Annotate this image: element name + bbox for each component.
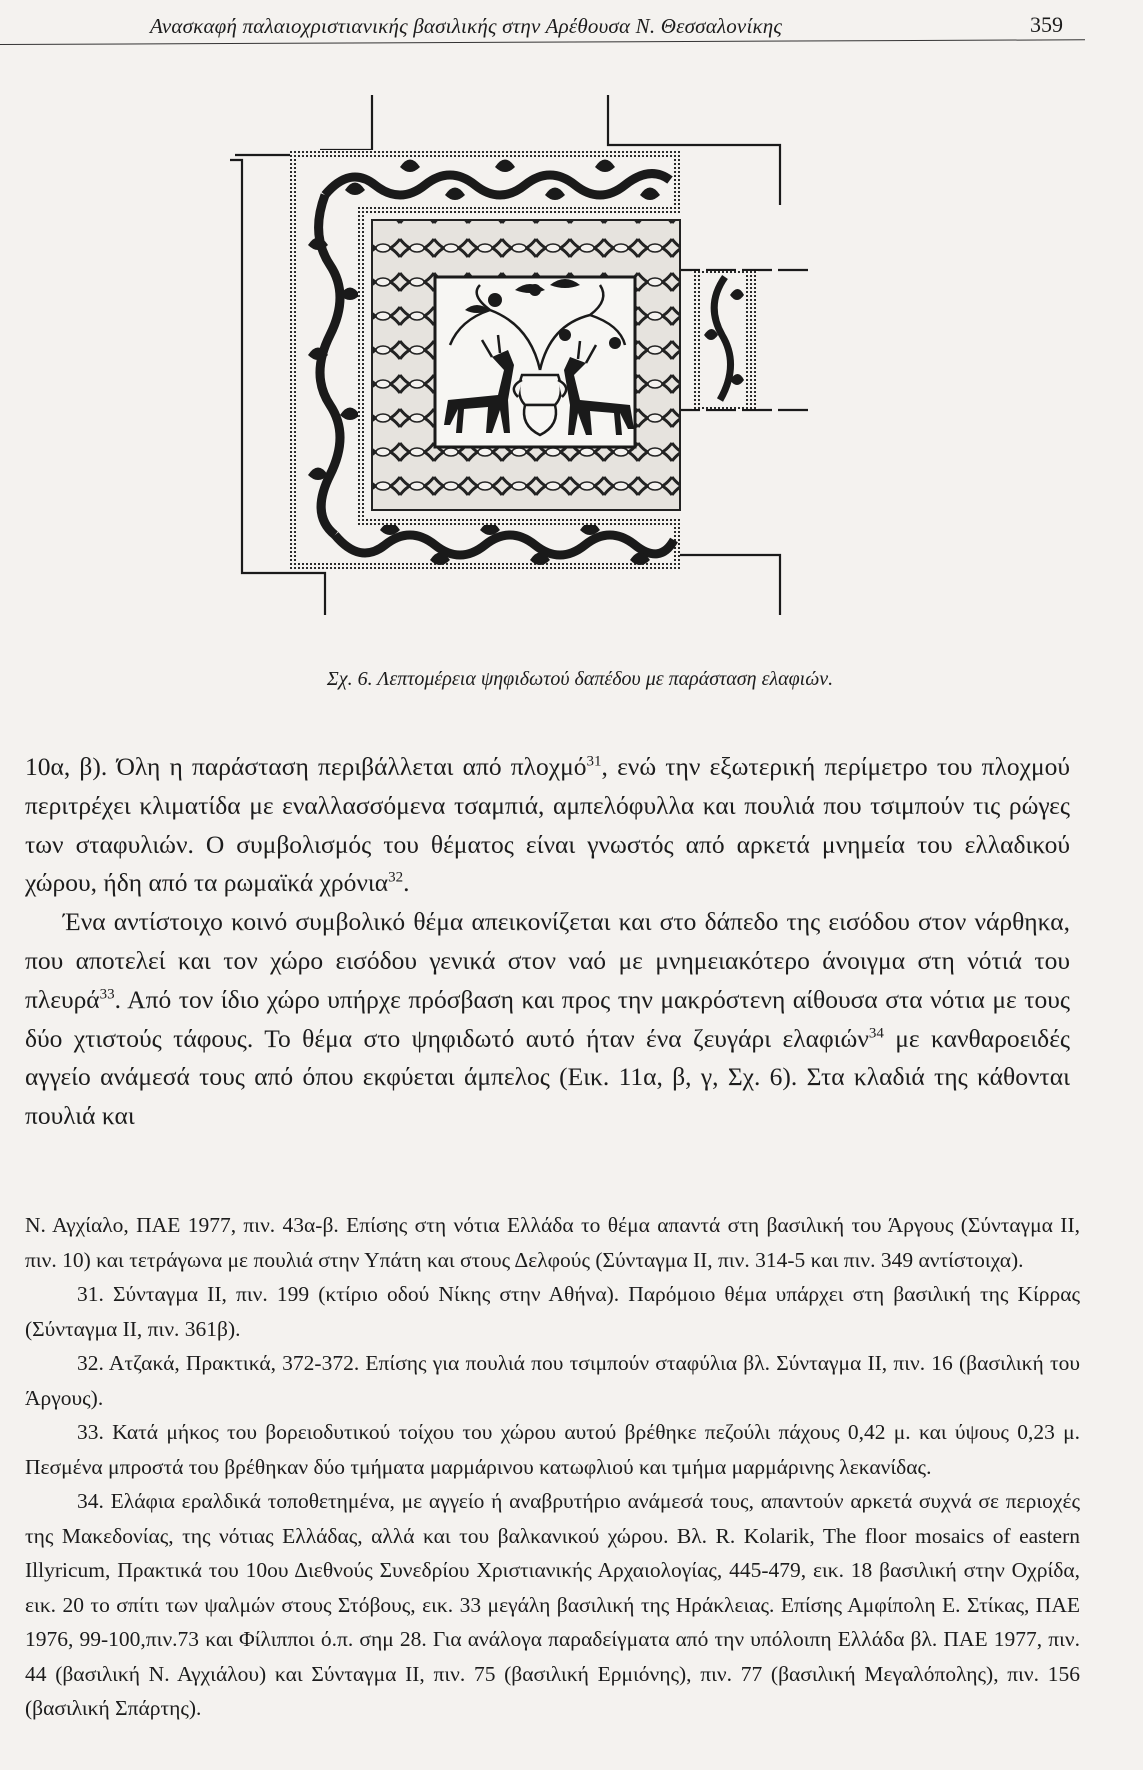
footnote-ref-32: 32	[388, 870, 403, 886]
figure-caption: Σχ. 6. Λεπτομέρεια ψηφιδωτού δαπέδου με …	[220, 668, 940, 691]
footnote-32: 32. Ατζακά, Πρακτικά, 372-372. Επίσης γι…	[25, 1346, 1080, 1415]
page-number: 359	[1030, 12, 1063, 38]
header-rule	[0, 39, 1085, 45]
paragraph-2: Ένα αντίστοιχο κοινό συμβολικό θέμα απει…	[25, 903, 1070, 1136]
running-title: Ανασκαφή παλαιοχριστιανικής βασιλικής στ…	[150, 14, 1080, 39]
footnote-ref-31: 31	[587, 754, 602, 770]
mosaic-figure	[230, 95, 850, 655]
footnote-34: 34. Ελάφια εραλδικά τοποθετημένα, με αγγ…	[25, 1484, 1080, 1726]
footnote-ref-33: 33	[100, 986, 115, 1002]
footnote-ref-34: 34	[869, 1025, 884, 1041]
paragraph-1: 10α, β). Όλη η παράσταση περιβάλλεται απ…	[25, 748, 1070, 903]
footnotes: Ν. Αγχίαλο, ΠΑΕ 1977, πιν. 43α-β. Επίσης…	[25, 1208, 1080, 1726]
footnote-continued: Ν. Αγχίαλο, ΠΑΕ 1977, πιν. 43α-β. Επίσης…	[25, 1208, 1080, 1277]
footnote-31: 31. Σύνταγμα ΙΙ, πιν. 199 (κτίριο οδού Ν…	[25, 1277, 1080, 1346]
footnote-33: 33. Κατά μήκος του βορειοδυτικού τοίχου …	[25, 1415, 1080, 1484]
body-text: 10α, β). Όλη η παράσταση περιβάλλεται απ…	[25, 748, 1070, 1136]
